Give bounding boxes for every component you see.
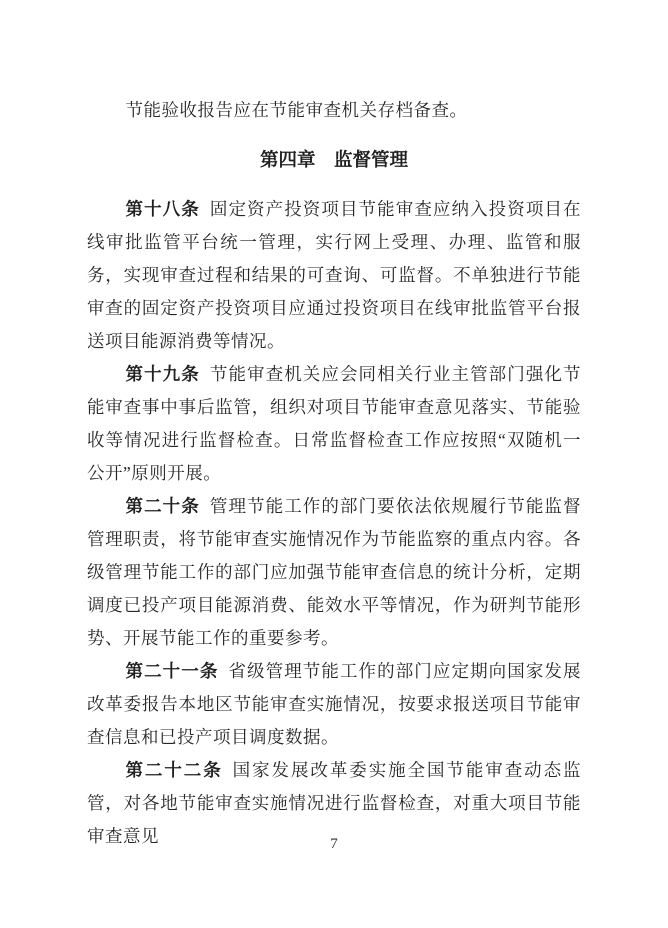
- continuation-paragraph: 节能验收报告应在节能审查机关存档备查。: [87, 94, 581, 127]
- chapter-heading: 第四章 监督管理: [87, 143, 581, 176]
- article-text: 固定资产投资项目节能审查应纳入投资项目在线审批监管平台统一管理，实行网上受理、办…: [87, 199, 581, 351]
- article-paragraph: 第二十条管理节能工作的部门要依法依规履行节能监督管理职责，将节能审查实施情况作为…: [87, 490, 581, 655]
- document-page: 节能验收报告应在节能审查机关存档备查。 第四章 监督管理 第十八条固定资产投资项…: [0, 0, 668, 928]
- article-text: 管理节能工作的部门要依法依规履行节能监督管理职责，将节能审查实施情况作为节能监察…: [87, 496, 581, 648]
- article-paragraph: 第十九条节能审查机关应会同相关行业主管部门强化节能审查事中事后监管，组织对项目节…: [87, 358, 581, 490]
- article-number: 第十八条: [126, 199, 200, 219]
- article-number: 第二十一条: [126, 661, 219, 681]
- article-paragraph: 第十八条固定资产投资项目节能审查应纳入投资项目在线审批监管平台统一管理，实行网上…: [87, 193, 581, 358]
- article-number: 第十九条: [126, 364, 200, 384]
- page-number: 7: [0, 834, 668, 854]
- article-number: 第二十二条: [126, 760, 223, 780]
- article-number: 第二十条: [126, 496, 200, 516]
- article-paragraph: 第二十一条省级管理节能工作的部门应定期向国家发展改革委报告本地区节能审查实施情况…: [87, 655, 581, 754]
